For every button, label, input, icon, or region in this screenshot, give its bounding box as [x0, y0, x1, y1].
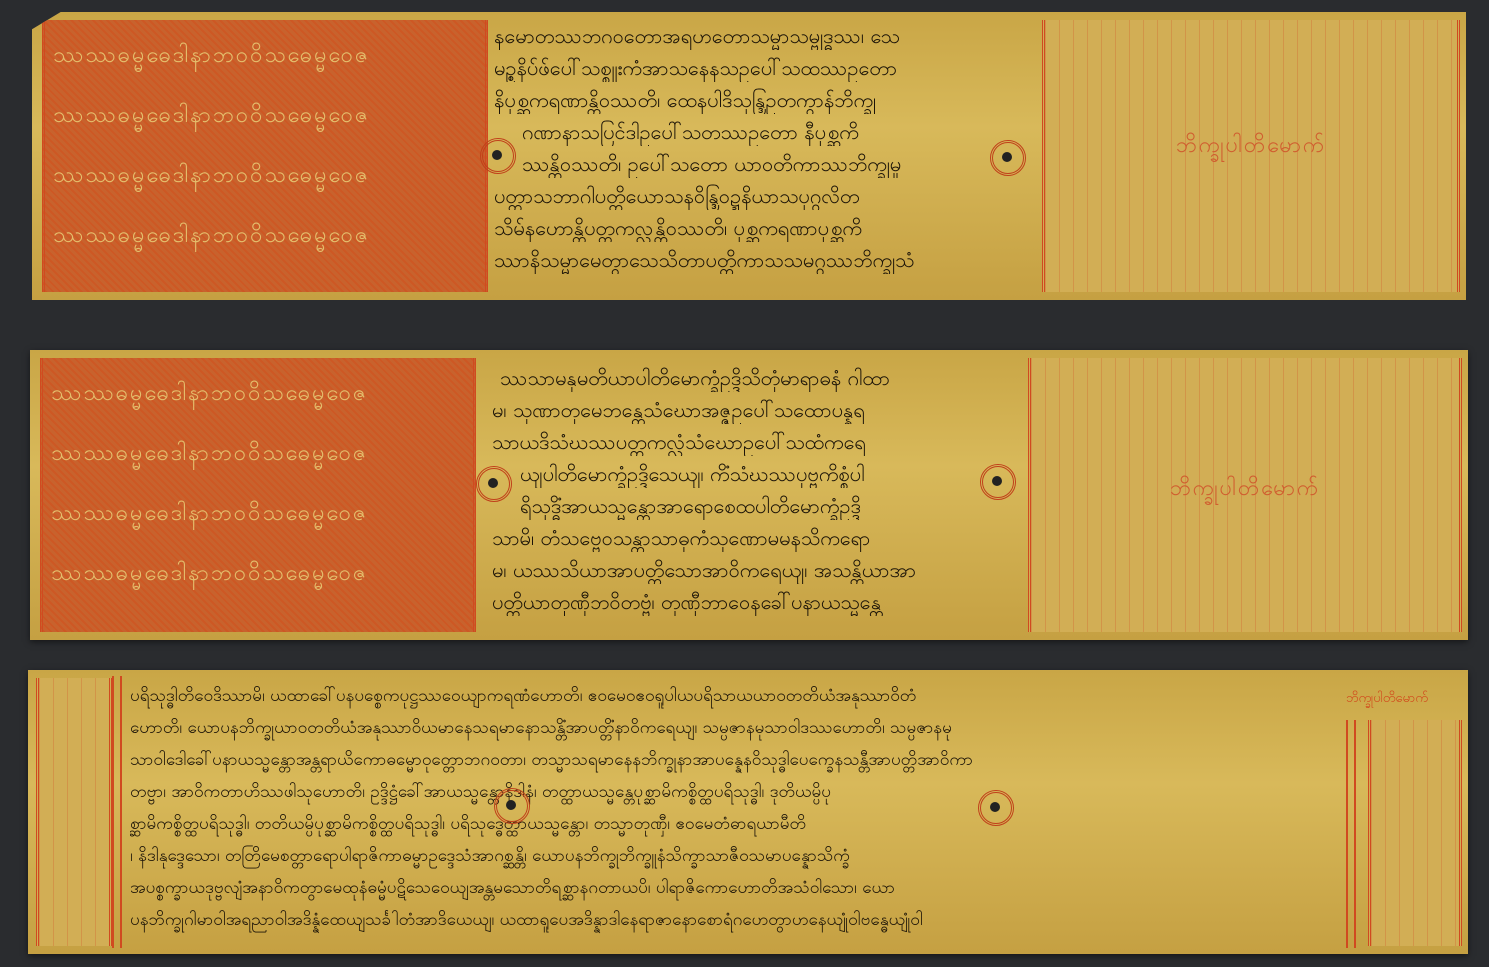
text-line: ပရိသုဒ္ဓါတိဝေဒိဿာမိ၊ ယထာခေါ်ပနပစ္စေကပုဋ္…: [130, 682, 1340, 710]
ornamental-script: ဿဿဓမ္မဓေဒါနာဘဝဝိသဓေမ္မဝေဇ: [51, 378, 465, 411]
text-line: သာယဒိသံဃဿပတ္တကလ္လံသံဃောဥပေါ်သထံကရေ: [492, 428, 1012, 456]
text-line: ပတ္တာသဘာဂါပတ္တိယောသနဝိန္ဒြဝဍ္ဍနိယာသပုဂ္ဂ…: [494, 182, 1014, 210]
text-line: ဟောတိ၊ ယောပနဘိက္ခုယာဝတတိယံအနုဿာဝိယမာနေသရ…: [130, 714, 1340, 742]
text-line: ဿာနိသမ္မာမေတွာသေသိတာပတ္တိကာသသမဂ္ဂဿဘိက္ခု…: [494, 246, 1014, 274]
text-line: မဥ္စနိပ်ဖ်ပေါ်သစ္စူးကံအာသနေနသဥပေါ်သထဿဥတေ…: [494, 54, 1014, 82]
text-line: ရိသုဒ္ဓိံအာယသ္မန္တောအာရောစေထပါတိမောက္ခံဥ…: [520, 492, 990, 520]
text-line: သိမ်နဟောန္တိပတ္တကလ္လန္တိဝဿတိ၊ ပုစ္ဆကရဏာပ…: [494, 214, 1014, 242]
text-line: တဗ္ဗာ၊ အာဝိကတာဟိဿဖါသုဟောတိ၊ ဥဒ္ဒိဋ္ဌံခေါ…: [130, 778, 1340, 806]
ornamental-script: ဿဿဓမ္မဓေဒါနာဘဝဝိသဓေမ္မဝေဇ: [53, 40, 477, 73]
string-hole-left: [476, 466, 512, 502]
string-hole-right: [980, 464, 1016, 500]
margin-title-label: ဘိက္ခုပါတိမောက်: [1346, 690, 1428, 709]
ornamental-script: ဘိက္ခုပါတိမောက်: [1053, 130, 1449, 163]
ornament-border-right: [1368, 720, 1462, 946]
ornamental-script: ဿဿဓမ္မဓေဒါနာဘဝဝိသဓေမ္မဝေဇ: [51, 438, 465, 471]
string-hole-left: [494, 788, 530, 824]
text-line: ဿန္တိဝဿတိ၊ ဥပေါ်သတော ယာဝတိကာဿဘိက္ခုမူ: [522, 150, 992, 178]
text-line: ယျပါတိမောက္ခံဥဒ္ဒိသေယျ၊ ကိံသံဃဿပုဗ္ဗကိစ္…: [520, 460, 980, 488]
text-line: ဿသာမနုမတိယာပါတိမောက္ခံဥဒ္ဒိသိတုံမာရာဓနံ …: [500, 364, 1010, 392]
text-line: နမောတဿဘဂဝတောအရဟတောသမ္မာသမ္ဗုဒ္ဓဿ၊ သေ: [494, 22, 1014, 50]
ornamental-script: ဿဿဓမ္မဓေဒါနာဘဝဝိသဓေမ္မဝေဇ: [51, 498, 465, 531]
text-line: ပနဘိက္ခုဂါမာဝါအရညာဝါအဒိန္နံထေယျသင်္ခါတံအ…: [130, 906, 1340, 934]
ornament-panel-left: ဿဿဓမ္မဓေဒါနာဘဝဝိသဓေမ္မဝေဇ ဿဿဓမ္မဓေဒါနာဘဝ…: [40, 358, 476, 632]
string-hole-right: [978, 790, 1014, 826]
ornament-border-left: [36, 678, 112, 946]
red-rule-left: [112, 676, 122, 948]
text-line: ပတ္တိယာတုဏှီဘဝိတဗ္ဗံ၊ တုဏှီဘာဝေနခေါ်ပနာယ…: [492, 588, 1012, 616]
string-hole-right: [990, 140, 1026, 176]
text-line: သာမိ၊ တံသဗ္ဗေဝသန္တာသာဓုကံသုဏောမမနသိကရော: [492, 524, 1012, 552]
ornament-panel-left: ဿဿဓမ္မဓေဒါနာဘဝဝိသဓေမ္မဝေဇ ဿဿဓမ္မဓေဒါနာဘဝ…: [42, 20, 488, 292]
manuscript-leaf-2: ဿဿဓမ္မဓေဒါနာဘဝဝိသဓေမ္မဝေဇ ဿဿဓမ္မဓေဒါနာဘဝ…: [30, 350, 1468, 640]
text-line: မ၊ ယဿသိယာအာပတ္တိသောအာဝိကရေယျ၊ အသန္တိယာအာ: [492, 556, 1012, 584]
ornamental-script: ဿဿဓမ္မဓေဒါနာဘဝဝိသဓေမ္မဝေဇ: [53, 100, 477, 133]
ornamental-script: ဿဿဓမ္မဓေဒါနာဘဝဝိသဓေမ္မဝေဇ: [51, 558, 465, 591]
text-line: နိပုစ္ဆကရဏာန္တိဝဿတိ၊ ထေနပါဒိသုန္ဒြဥတကွာန…: [494, 86, 1014, 114]
text-line: မ၊ သုဏာတုမေဘန္တေသံဃောအဇ္ဇဥပေါ်သထောပန္နရ: [492, 396, 1012, 424]
manuscript-leaf-1: ဿဿဓမ္မဓေဒါနာဘဝဝိသဓေမ္မဝေဇ ဿဿဓမ္မဓေဒါနာဘဝ…: [32, 12, 1466, 300]
manuscript-leaf-3: ပရိသုဒ္ဓါတိဝေဒိဿာမိ၊ ယထာခေါ်ပနပစ္စေကပုဋ္…: [28, 670, 1468, 954]
ornamental-script: ဿဿဓမ္မဓေဒါနာဘဝဝိသဓေမ္မဝေဇ: [53, 220, 477, 253]
red-rule-right: [1346, 720, 1356, 948]
ornamental-script: ဿဿဓမ္မဓေဒါနာဘဝဝိသဓေမ္မဝေဇ: [53, 160, 477, 193]
text-line: ၊ နိဒါနုဒ္ဒေသော၊ တတြိမေစတ္တာရောပါရာဇိကာဓ…: [130, 842, 1340, 870]
ornament-panel-right: ဘိက္ခုပါတိမောက်: [1028, 358, 1462, 632]
text-line: အပစ္စက္ခာယဒုဗ္ဗလျံအနာဝိကတွာမေထုနံဓမ္မံပဋ…: [130, 874, 1340, 902]
text-line: သာဝါဒေါခေါ်ပနာယသ္မန္တောအန္တရာယိကောဓမ္မော…: [130, 746, 1340, 774]
string-hole-left: [480, 138, 516, 174]
text-line: စ္ဆာမိကစ္စိတ္ထပရိသုဒ္ဓါ၊ တတိယမ္ပိပုစ္ဆာမ…: [130, 810, 1340, 838]
text-line: ဂဏာနာသပြင်ဒါဥပေါ်သတဿဥတော နီပုစ္ဆကိ: [522, 118, 992, 146]
ornamental-script: ဘိက္ခုပါတိမောက်: [1039, 473, 1451, 506]
ornament-panel-right: ဘိက္ခုပါတိမောက်: [1042, 20, 1460, 292]
